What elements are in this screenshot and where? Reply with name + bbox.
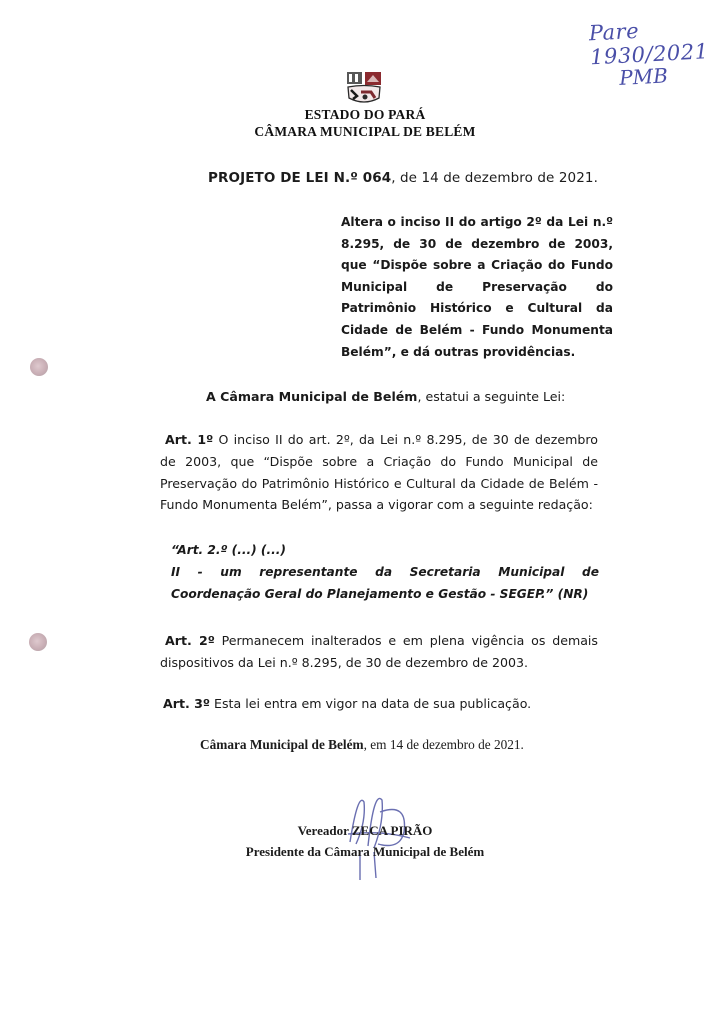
signatory-name: Vereador ZECA PIRÃO [225,820,505,841]
document-header: ESTADO DO PARÁ CÂMARA MUNICIPAL DE BELÉM [200,106,530,140]
bill-summary: Altera o inciso II do artigo 2º da Lei n… [341,212,613,363]
dateline-place: Câmara Municipal de Belém [200,737,364,752]
enacting-clause: A Câmara Municipal de Belém, estatui a s… [206,386,565,408]
article-3: Art. 3º Esta lei entra em vigor na data … [163,693,531,715]
enacting-clause-body: A Câmara Municipal de Belém [206,389,417,404]
punch-hole-mark [29,633,47,651]
bill-number: PROJETO DE LEI N.º 064 [208,170,391,186]
enacting-clause-text: , estatui a seguinte Lei: [417,389,565,404]
header-state: ESTADO DO PARÁ [200,106,530,123]
bill-date: , de 14 de dezembro de 2021. [391,170,598,186]
article-3-label: Art. 3º [163,696,210,711]
municipal-coat-of-arms-icon [345,70,383,106]
article-1-text: O inciso II do art. 2º, da Lei n.º 8.295… [160,432,598,512]
article-2-label: Art. 2º [165,633,215,648]
article-2-text: Permanecem inalterados e em plena vigênc… [160,633,598,670]
dateline: Câmara Municipal de Belém, em 14 de deze… [200,737,524,753]
amended-text-quote: “Art. 2.º (...) (...) II - um representa… [171,539,599,605]
article-1-label: Art. 1º [165,432,213,447]
article-3-text: Esta lei entra em vigor na data de sua p… [210,696,531,711]
article-1: Art. 1º O inciso II do art. 2º, da Lei n… [160,429,598,516]
signatory-role: Presidente da Câmara Municipal de Belém [225,841,505,862]
article-2: Art. 2º Permanecem inalterados e em plen… [160,630,598,674]
handwritten-note: Pare 1930/2021 PMB [588,15,721,92]
quote-line-2: II - um representante da Secretaria Muni… [171,561,599,605]
signature-block: Vereador ZECA PIRÃO Presidente da Câmara… [225,820,505,862]
handwritten-process-number: Pare 1930/2021 [588,15,720,70]
dateline-date: , em 14 de dezembro de 2021. [364,737,524,752]
punch-hole-mark [30,358,48,376]
bill-title: PROJETO DE LEI N.º 064, de 14 de dezembr… [208,170,598,186]
quote-line-1: “Art. 2.º (...) (...) [171,539,599,561]
header-chamber: CÂMARA MUNICIPAL DE BELÉM [200,123,530,140]
